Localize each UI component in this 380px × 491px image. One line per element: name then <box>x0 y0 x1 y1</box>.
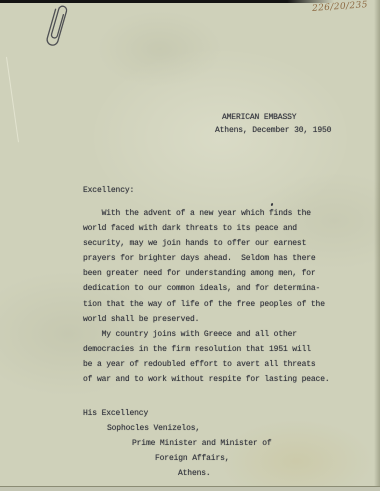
body-line: be a year of redoubled effort to avert a… <box>83 357 330 372</box>
body-line: been greater need for understanding amon… <box>83 266 330 281</box>
recipient-block: His Excellency Sophocles Venizelos, Prim… <box>83 406 272 481</box>
page-edge-shadow <box>374 0 380 491</box>
page-bottom-edge <box>0 486 380 491</box>
body-line: tion that the way of life of the free pe… <box>83 297 330 312</box>
paper-crease <box>6 57 19 142</box>
body-line: With the advent of a new year which find… <box>83 206 330 221</box>
embassy-name: AMERICAN EMBASSY <box>222 113 296 122</box>
recipient-line: Athens. <box>83 466 272 481</box>
dateline: Athens, December 30, 1950 <box>215 126 331 135</box>
letter-body: With the advent of a new year which find… <box>83 206 330 387</box>
paperclip-icon <box>38 0 75 53</box>
recipient-line: Sophocles Venizelos, <box>83 421 272 436</box>
recipient-line: Prime Minister and Minister of <box>83 436 272 451</box>
recipient-line: Foreign Affairs, <box>83 451 272 466</box>
body-line: dedication to our common ideals, and for… <box>83 281 330 296</box>
body-line: democracies in the firm resolution that … <box>83 342 330 357</box>
body-line: security, may we join hands to offer our… <box>83 236 330 251</box>
body-line: of war and to work without respite for l… <box>83 372 330 387</box>
salutation: Excellency: <box>83 186 134 195</box>
recipient-line: His Excellency <box>83 406 272 421</box>
scanned-letter-page: 226/20/235 AMERICAN EMBASSY Athens, Dece… <box>0 0 380 491</box>
body-line: world faced with dark threats to its pea… <box>83 221 330 236</box>
body-line: My country joins with Greece and all oth… <box>83 327 330 342</box>
body-line: world shall be preserved. <box>83 312 330 327</box>
body-line: prayers for brighter days ahead. Seldom … <box>83 251 330 266</box>
